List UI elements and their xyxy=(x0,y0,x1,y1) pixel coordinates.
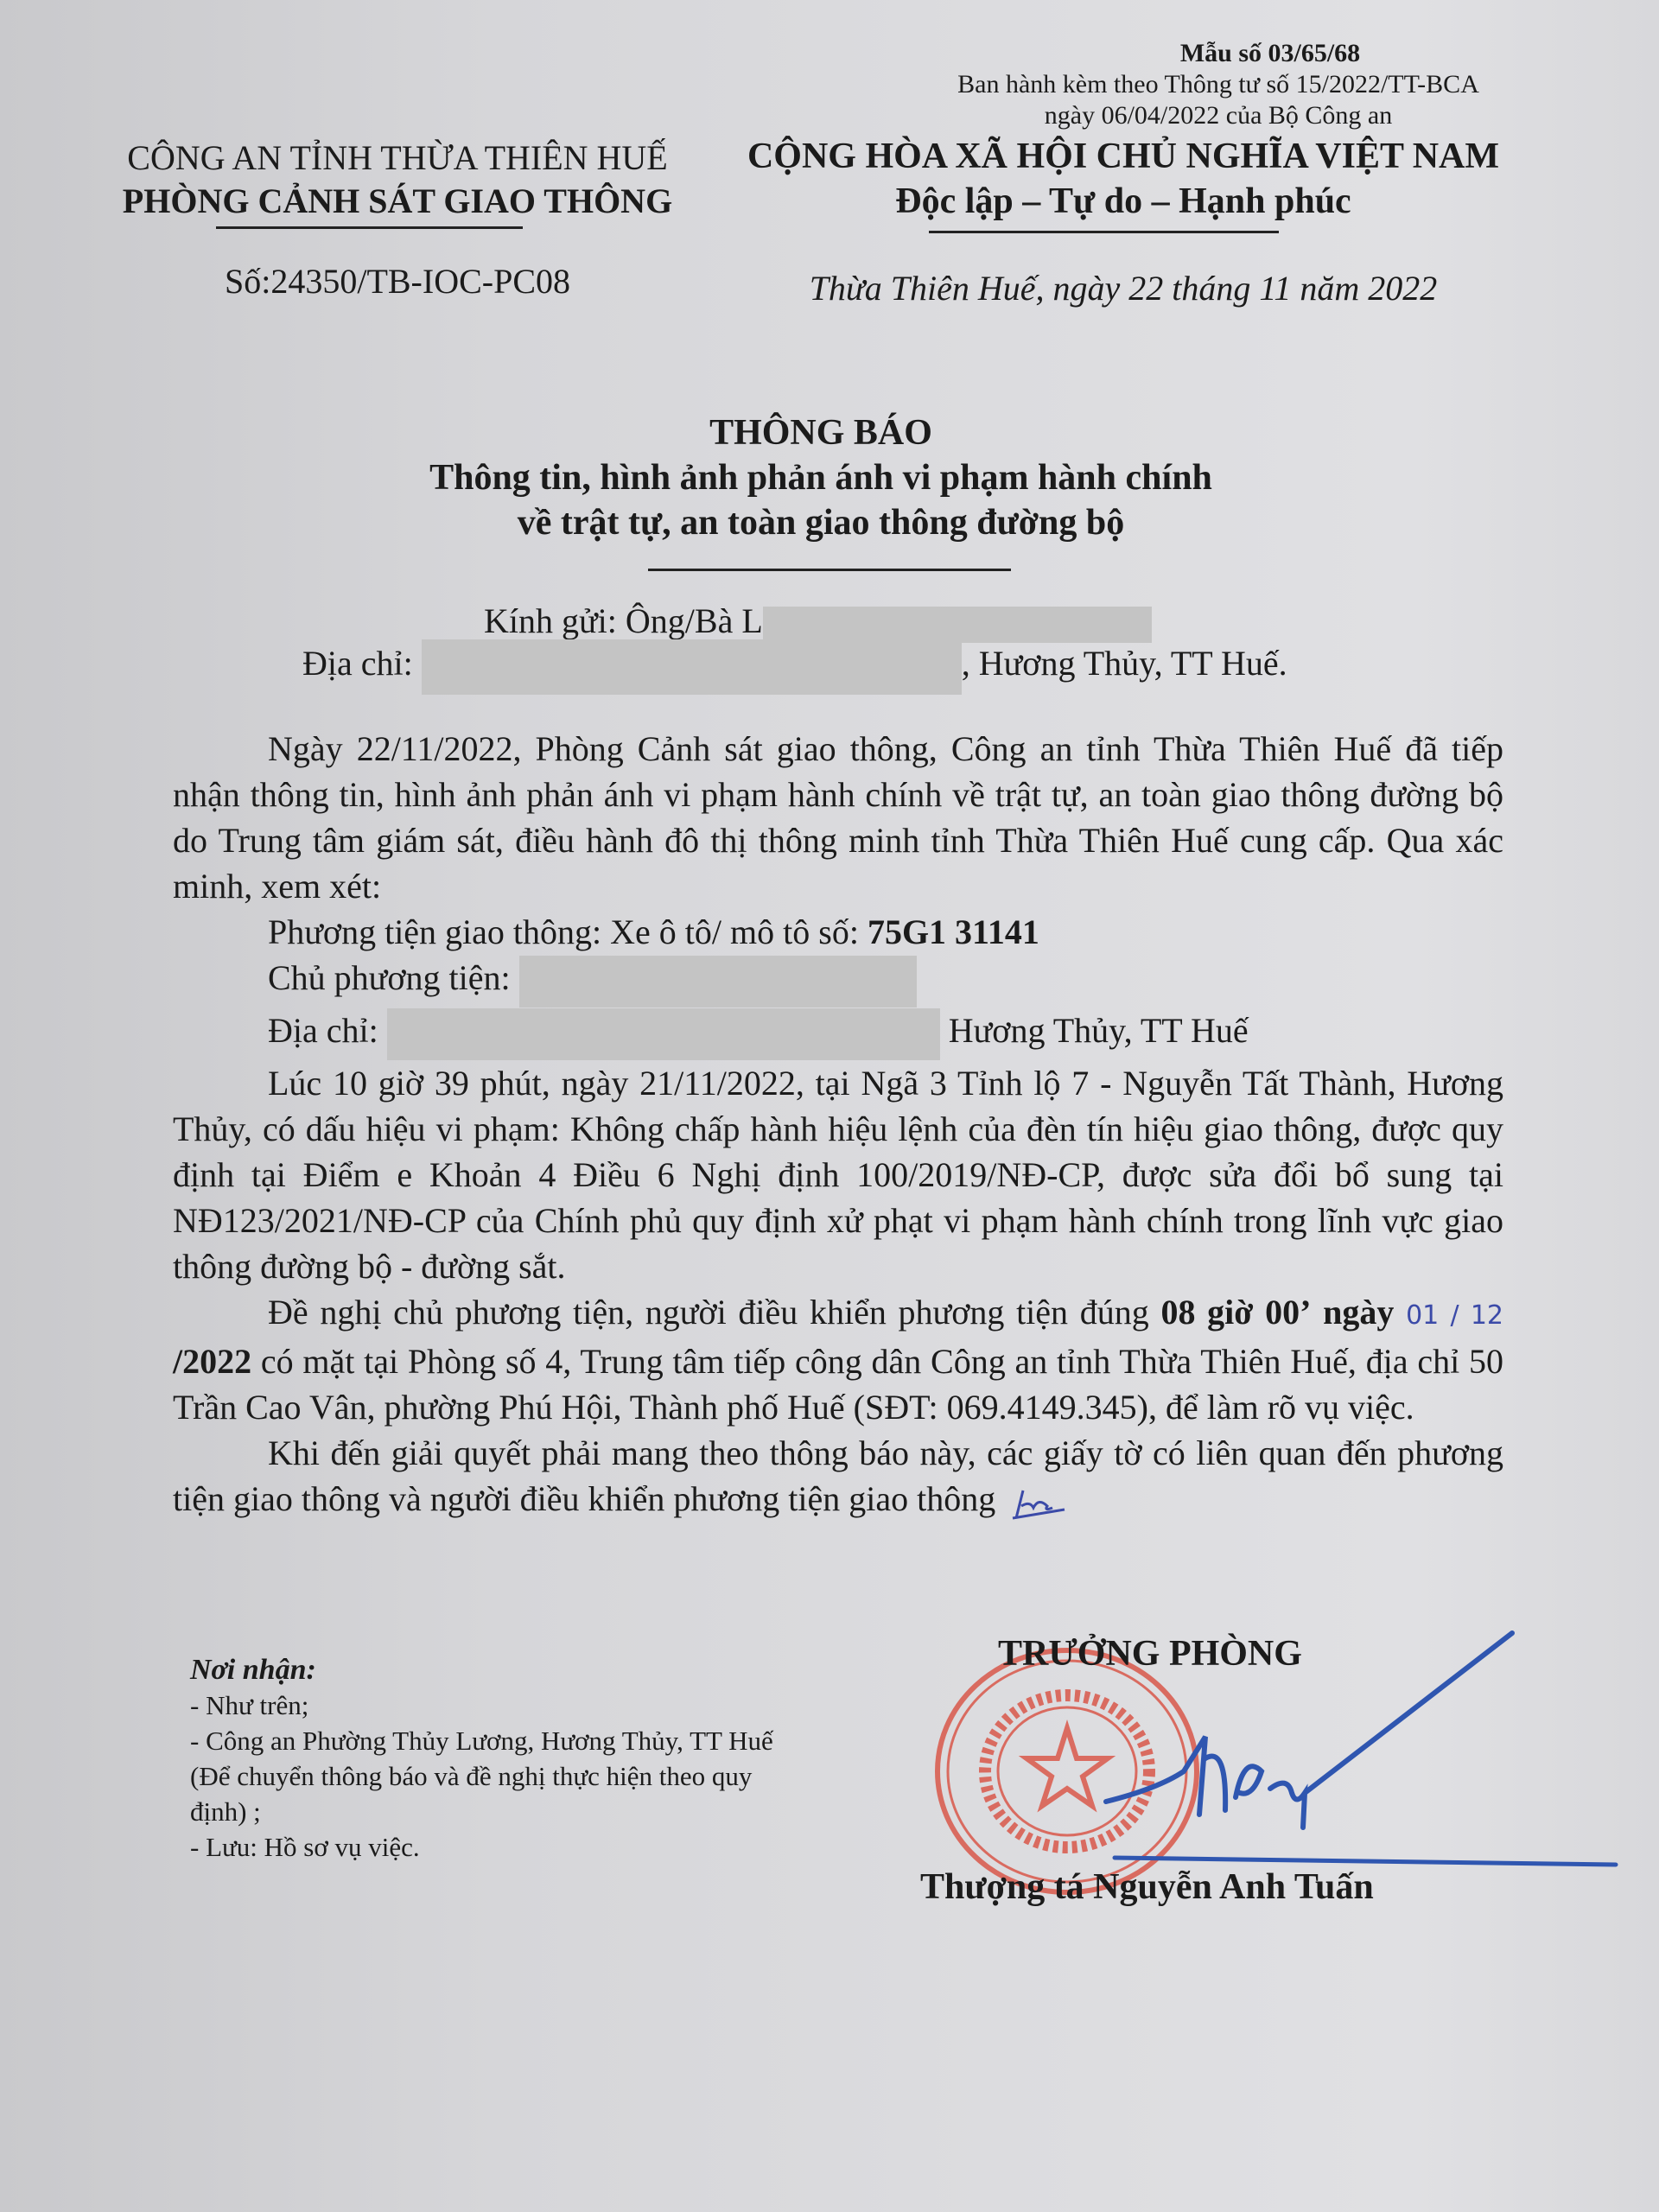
redacted-name xyxy=(763,607,1152,643)
agency-department: PHÒNG CẢNH SÁT GIAO THÔNG xyxy=(86,180,709,223)
owner-address-label: Địa chỉ: xyxy=(268,1011,378,1050)
recipient-label: Kính gửi: Ông/Bà L xyxy=(484,601,763,640)
recipient-item: - Như trên; xyxy=(190,1688,812,1723)
appointment-year: /2022 xyxy=(173,1342,251,1381)
document-number: Số:24350/TB-IOC-PC08 xyxy=(86,261,709,302)
issuing-agency: CÔNG AN TỈNH THỪA THIÊN HUẾ PHÒNG CẢNH S… xyxy=(86,137,709,223)
redacted-address xyxy=(422,639,962,695)
vehicle-label: Phương tiện giao thông: Xe ô tô/ mô tô s… xyxy=(268,912,868,951)
form-code-block: Mẫu số 03/65/68 Ban hành kèm theo Thông … xyxy=(916,38,1521,131)
recipient-line: Kính gửi: Ông/Bà L xyxy=(484,601,1152,643)
title-sub-1: Thông tin, hình ảnh phản ánh vi phạm hàn… xyxy=(346,455,1296,500)
recipient-item: - Lưu: Hồ sơ vụ việc. xyxy=(190,1829,812,1865)
appointment-time: 08 giờ 00’ xyxy=(1160,1293,1311,1332)
form-issued-with: Ban hành kèm theo Thông tư số 15/2022/TT… xyxy=(916,69,1521,100)
request-pre: Đề nghị chủ phương tiện, người điều khiể… xyxy=(268,1293,1160,1332)
owner-label: Chủ phương tiện: xyxy=(268,958,511,997)
recipient-address: Địa chỉ: , Hương Thủy, TT Huế. xyxy=(302,639,1287,695)
form-code: Mẫu số 03/65/68 xyxy=(916,38,1521,69)
handwritten-day: 01 xyxy=(1406,1300,1439,1331)
recipients-heading: Nơi nhận: xyxy=(190,1652,812,1688)
appointment-day-label: ngày xyxy=(1323,1293,1394,1332)
owner-address-suffix: Hương Thủy, TT Huế xyxy=(940,1011,1249,1050)
title-main: THÔNG BÁO xyxy=(346,410,1296,455)
handwritten-signature-icon xyxy=(1028,1599,1650,1910)
national-header: CỘNG HÒA XÃ HỘI CHỦ NGHĨA VIỆT NAM Độc l… xyxy=(726,134,1521,224)
place-date: Thừa Thiên Huế, ngày 22 tháng 11 năm 202… xyxy=(726,268,1521,308)
vehicle-line: Phương tiện giao thông: Xe ô tô/ mô tô s… xyxy=(173,909,1503,955)
closing-paragraph: Khi đến giải quyết phải mang theo thông … xyxy=(173,1430,1503,1524)
intro-paragraph: Ngày 22/11/2022, Phòng Cảnh sát giao thô… xyxy=(173,726,1503,909)
request-post: có mặt tại Phòng số 4, Trung tâm tiếp cô… xyxy=(173,1342,1503,1427)
initials-mark-icon xyxy=(1004,1480,1073,1523)
title-underline xyxy=(648,569,1011,571)
form-issued-date: ngày 06/04/2022 của Bộ Công an xyxy=(916,100,1521,131)
title-sub-2: về trật tự, an toàn giao thông đường bộ xyxy=(346,500,1296,545)
owner-line: Chủ phương tiện: xyxy=(173,955,1503,1007)
address-label: Địa chỉ: xyxy=(302,644,413,683)
motto-underline xyxy=(929,231,1279,233)
notice-body: Ngày 22/11/2022, Phòng Cảnh sát giao thô… xyxy=(173,726,1503,1523)
nation-motto: Độc lập – Tự do – Hạnh phúc xyxy=(726,179,1521,224)
agency-parent: CÔNG AN TỈNH THỪA THIÊN HUẾ xyxy=(86,137,709,180)
closing-text: Khi đến giải quyết phải mang theo thông … xyxy=(173,1433,1503,1518)
recipient-item: - Công an Phường Thủy Lương, Hương Thủy,… xyxy=(190,1723,812,1829)
agency-underline xyxy=(216,226,523,229)
handwritten-month: 12 xyxy=(1471,1300,1503,1331)
nation-name: CỘNG HÒA XÃ HỘI CHỦ NGHĨA VIỆT NAM xyxy=(726,134,1521,179)
redacted-owner xyxy=(519,956,917,1007)
redacted-owner-address xyxy=(387,1008,940,1060)
request-paragraph: Đề nghị chủ phương tiện, người điều khiể… xyxy=(173,1289,1503,1430)
owner-address-line: Địa chỉ: Hương Thủy, TT Huế xyxy=(173,1007,1503,1060)
violation-paragraph: Lúc 10 giờ 39 phút, ngày 21/11/2022, tại… xyxy=(173,1060,1503,1289)
license-plate: 75G1 31141 xyxy=(868,912,1039,951)
document-title: THÔNG BÁO Thông tin, hình ảnh phản ánh v… xyxy=(346,410,1296,545)
recipients-box: Nơi nhận: - Như trên; - Công an Phường T… xyxy=(190,1652,812,1865)
address-suffix: , Hương Thủy, TT Huế. xyxy=(962,644,1287,683)
signer-name: Thượng tá Nguyễn Anh Tuấn xyxy=(920,1866,1374,1908)
